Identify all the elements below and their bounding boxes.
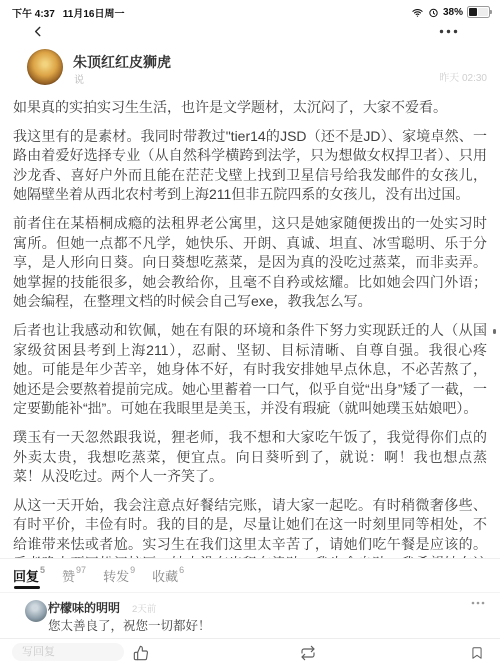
tab-label: 回复 bbox=[13, 566, 39, 585]
tab-count: 5 bbox=[40, 565, 45, 575]
post-paragraph: 我这里有的是素材。我同时带教过"tier14的JSD（还不是JD）、家境卓然、一… bbox=[13, 127, 487, 205]
post-body: 如果真的实拍实习生生活，也许是文学题材，太沉闷了，大家不爱看。 我这里有的是素材… bbox=[0, 98, 500, 560]
repost-icon[interactable] bbox=[300, 645, 316, 661]
nav-bar bbox=[0, 21, 500, 45]
tab-count: 6 bbox=[179, 565, 184, 575]
post-header: 朱顶红红皮狮虎 说 昨天 02:30 bbox=[27, 49, 487, 89]
tab-count: 9 bbox=[130, 565, 135, 575]
post-paragraph: 后者也让我感动和钦佩，她在有限的环境和条件下努力实现跃迁的人（从国家级贫困县考到… bbox=[13, 321, 487, 419]
post-paragraph: 前者住在某梧桐成瘾的法租界老公寓里，这只是她家随便拨出的一处实习时寓所。但她一点… bbox=[13, 214, 487, 312]
comment-more-icon[interactable] bbox=[471, 601, 485, 605]
weibo-post-detail-page: 下午 4:37 11月16日周一 38% bbox=[0, 0, 500, 666]
alarm-icon bbox=[428, 7, 439, 18]
author-avatar[interactable] bbox=[27, 49, 63, 85]
post-paragraph: 从这一天开始，我会注意点好餐结完账，请大家一起吃。有时稍微奢侈些、有时平价，丰俭… bbox=[13, 496, 487, 560]
author-action-label: 说 bbox=[74, 71, 84, 86]
author-name[interactable]: 朱顶红红皮狮虎 bbox=[73, 52, 171, 72]
tab-favorites[interactable]: 收藏6 bbox=[152, 566, 184, 585]
post-paragraph: 璞玉有一天忽然跟我说，狸老师，我不想和大家吃午饭了，我觉得你们点的外卖太贵，我想… bbox=[13, 428, 487, 487]
comment-time: 2天前 bbox=[132, 601, 156, 615]
bookmark-icon[interactable] bbox=[470, 645, 484, 661]
battery-percent: 38% bbox=[443, 7, 463, 18]
tab-label: 转发 bbox=[103, 566, 129, 585]
tab-replies[interactable]: 回复5 bbox=[13, 566, 45, 585]
wifi-icon bbox=[411, 7, 424, 18]
post-timestamp: 昨天 02:30 bbox=[439, 69, 487, 84]
active-tab-underline bbox=[14, 586, 40, 589]
like-icon[interactable] bbox=[133, 645, 149, 661]
comment-text: 您太善良了，祝您一切都好！ bbox=[48, 616, 211, 634]
status-bar: 下午 4:37 11月16日周一 38% bbox=[0, 0, 500, 21]
scrollbar-indicator[interactable] bbox=[493, 329, 496, 334]
tab-label: 收藏 bbox=[152, 566, 178, 585]
tab-count: 97 bbox=[76, 565, 86, 575]
bottom-section: 回复5 赞97 转发9 收藏6 柠檬味的明明 2天前 您太善良了，祝您一切都好！ bbox=[0, 558, 500, 666]
tab-likes[interactable]: 赞97 bbox=[62, 566, 86, 585]
status-date: 11月16日周一 bbox=[63, 5, 125, 20]
status-time: 下午 4:37 bbox=[12, 5, 55, 20]
tab-reposts[interactable]: 转发9 bbox=[103, 566, 135, 585]
commenter-name[interactable]: 柠檬味的明明 bbox=[48, 599, 120, 616]
comment-item[interactable]: 柠檬味的明明 2天前 您太善良了，祝您一切都好！ bbox=[0, 593, 500, 638]
engagement-tab-bar: 回复5 赞97 转发9 收藏6 bbox=[0, 558, 500, 593]
more-options-icon[interactable] bbox=[439, 29, 458, 34]
reply-input[interactable] bbox=[12, 643, 124, 661]
tab-label: 赞 bbox=[62, 566, 75, 585]
post-paragraph: 如果真的实拍实习生生活，也许是文学题材，太沉闷了，大家不爱看。 bbox=[13, 98, 487, 118]
reply-composer-bar bbox=[0, 638, 500, 666]
commenter-avatar[interactable] bbox=[25, 600, 47, 622]
battery-icon bbox=[467, 6, 490, 18]
back-icon[interactable] bbox=[31, 23, 45, 40]
